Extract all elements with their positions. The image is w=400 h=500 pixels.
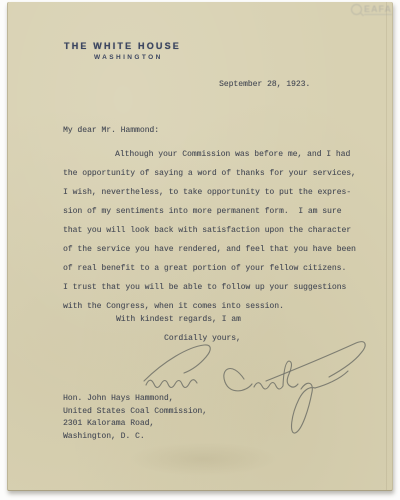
closing-regards: With kindest regards, I am xyxy=(116,315,241,324)
body-line: of the service you have rendered, and fe… xyxy=(63,240,365,259)
watermark: EAFA xyxy=(351,4,392,15)
magnifier-icon xyxy=(351,4,362,15)
watermark-text: EAFA xyxy=(364,5,392,15)
body-line: sion of my sentiments into more permanen… xyxy=(63,202,365,221)
address-line: 2301 Kalorama Road, xyxy=(63,418,207,431)
address-line: United States Coal Commission, xyxy=(63,406,207,419)
body-line: of real benefit to a great portion of yo… xyxy=(63,259,365,278)
letterhead-subtitle: WASHINGTON xyxy=(94,54,181,61)
date-line: September 28, 1923. xyxy=(219,80,310,89)
letterhead-title: THE WHITE HOUSE xyxy=(64,41,181,51)
letter-paper: THE WHITE HOUSE WASHINGTON September 28,… xyxy=(7,2,393,491)
letter-body: Although your Commission was before me, … xyxy=(63,145,365,316)
address-line: Hon. John Hays Hammond, xyxy=(63,393,207,406)
body-line: Although your Commission was before me, … xyxy=(63,145,365,164)
recipient-address: Hon. John Hays Hammond,United States Coa… xyxy=(63,393,207,443)
salutation: My dear Mr. Hammond: xyxy=(63,126,159,135)
scanned-letter-view: THE WHITE HOUSE WASHINGTON September 28,… xyxy=(0,0,400,500)
address-line: Washington, D. C. xyxy=(63,431,207,444)
body-line: I trust that you will be able to follow … xyxy=(63,278,365,297)
body-line: the opportunity of saying a word of than… xyxy=(63,164,365,183)
body-line: with the Congress, when it comes into se… xyxy=(63,297,365,316)
body-line: I wish, nevertheless, to take opportunit… xyxy=(63,183,365,202)
paper-stain xyxy=(128,442,278,476)
letterhead: THE WHITE HOUSE WASHINGTON xyxy=(64,41,181,61)
body-line: that you will look back with satisfactio… xyxy=(63,221,365,240)
